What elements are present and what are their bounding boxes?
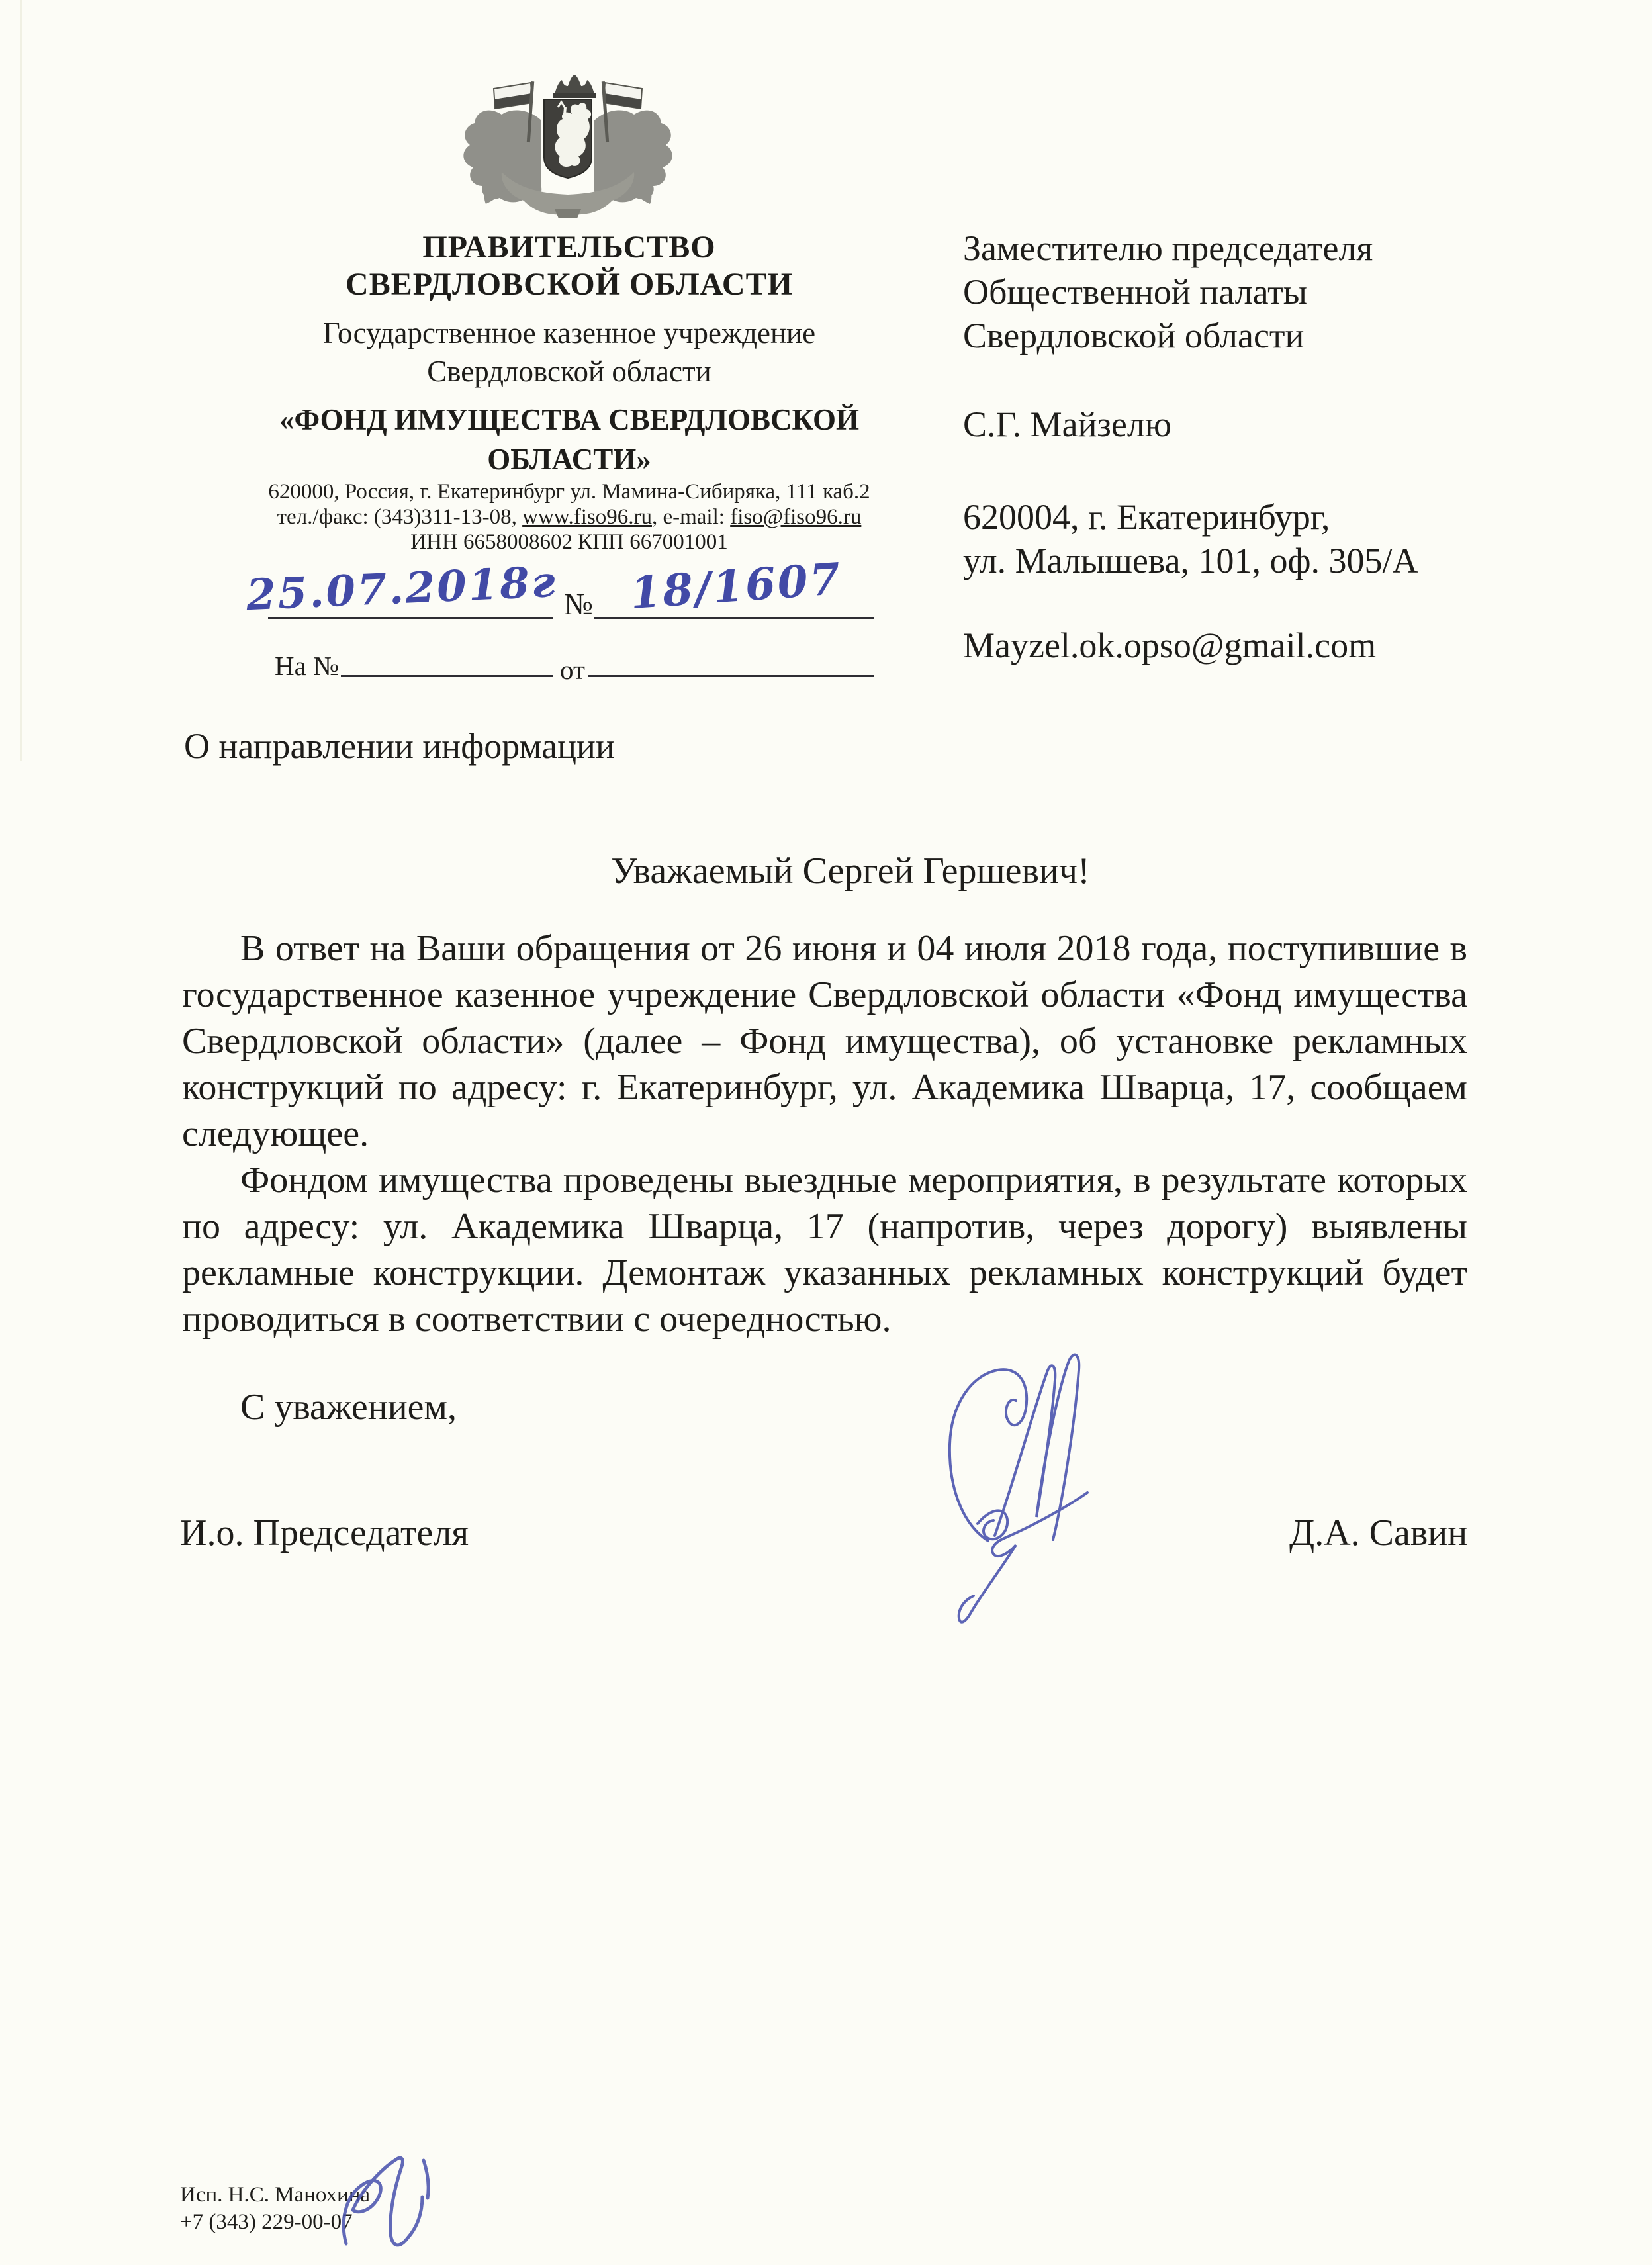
scanned-letter-page: ПРАВИТЕЛЬСТВО СВЕРДЛОВСКОЙ ОБЛАСТИ Госуд… xyxy=(0,0,1652,2265)
org-email-label: , e-mail: xyxy=(652,505,730,529)
org-phone: тел./факс: (343)311-13-08, xyxy=(277,505,523,529)
reply-number-underline xyxy=(341,675,553,677)
reply-to-label: На № xyxy=(275,650,339,682)
executor-initials-ink xyxy=(328,2150,440,2262)
body-paragraph-2: Фондом имущества проведены выездные меро… xyxy=(182,1157,1467,1342)
org-fund-name-line2: ОБЛАСТИ» xyxy=(185,439,953,479)
recipient-title-block: Заместителю председателя Общественной па… xyxy=(963,226,1373,357)
org-website-link: www.fiso96.ru xyxy=(522,505,652,529)
outgoing-date-handwritten: 25.07.2018г xyxy=(246,557,559,620)
reply-from-label: от xyxy=(560,654,585,686)
recipient-title-line1: Заместителю председателя xyxy=(963,226,1373,270)
org-institution-line1: Государственное казенное учреждение xyxy=(185,314,953,352)
recipient-title-line3: Свердловской области xyxy=(963,314,1373,357)
number-sign-label: № xyxy=(564,586,593,622)
salutation: Уважаемый Сергей Гершевич! xyxy=(235,850,1466,892)
letterhead-contact-block: 620000, Россия, г. Екатеринбург ул. Мами… xyxy=(165,479,973,555)
sverdlovsk-coat-of-arms-icon xyxy=(455,73,680,225)
letter-subject: О направлении информации xyxy=(184,725,615,766)
recipient-address-block: 620004, г. Екатеринбург, ул. Малышева, 1… xyxy=(963,495,1418,582)
letter-body: В ответ на Ваши обращения от 26 июня и 0… xyxy=(182,925,1467,1342)
recipient-email: Mayzel.ok.opso@gmail.com xyxy=(963,624,1376,667)
recipient-title-line2: Общественной палаты xyxy=(963,270,1373,314)
closing-regards: С уважением, xyxy=(240,1386,457,1428)
org-inn-kpp: ИНН 6658008602 КПП 667001001 xyxy=(165,530,973,555)
letterhead-block: ПРАВИТЕЛЬСТВО СВЕРДЛОВСКОЙ ОБЛАСТИ Госуд… xyxy=(185,229,953,479)
org-government-line2: СВЕРДЛОВСКОЙ ОБЛАСТИ xyxy=(185,266,953,303)
recipient-address-line1: 620004, г. Екатеринбург, xyxy=(963,495,1418,539)
outgoing-number-handwritten: 18/1607 xyxy=(629,553,844,619)
date-underline xyxy=(268,617,553,619)
recipient-name: С.Г. Майзелю xyxy=(963,402,1171,446)
org-fund-name-line1: «ФОНД ИМУЩЕСТВА СВЕРДЛОВСКОЙ xyxy=(185,400,953,439)
signer-position: И.о. Председателя xyxy=(180,1512,469,1554)
signer-name: Д.А. Савин xyxy=(1289,1512,1467,1554)
scan-artifact-line xyxy=(20,0,22,761)
signature-ink xyxy=(943,1350,1102,1628)
org-institution-line2: Свердловской области xyxy=(185,352,953,391)
recipient-address-line2: ул. Малышева, 101, оф. 305/А xyxy=(963,539,1418,582)
org-email-link: fiso@fiso96.ru xyxy=(730,505,861,529)
number-underline xyxy=(594,617,874,619)
org-postal-address: 620000, Россия, г. Екатеринбург ул. Мами… xyxy=(165,479,973,504)
body-paragraph-1: В ответ на Ваши обращения от 26 июня и 0… xyxy=(182,925,1467,1157)
reply-date-underline xyxy=(588,675,874,677)
org-contact-line: тел./факс: (343)311-13-08, www.fiso96.ru… xyxy=(165,504,973,530)
org-government-line1: ПРАВИТЕЛЬСТВО xyxy=(185,229,953,266)
